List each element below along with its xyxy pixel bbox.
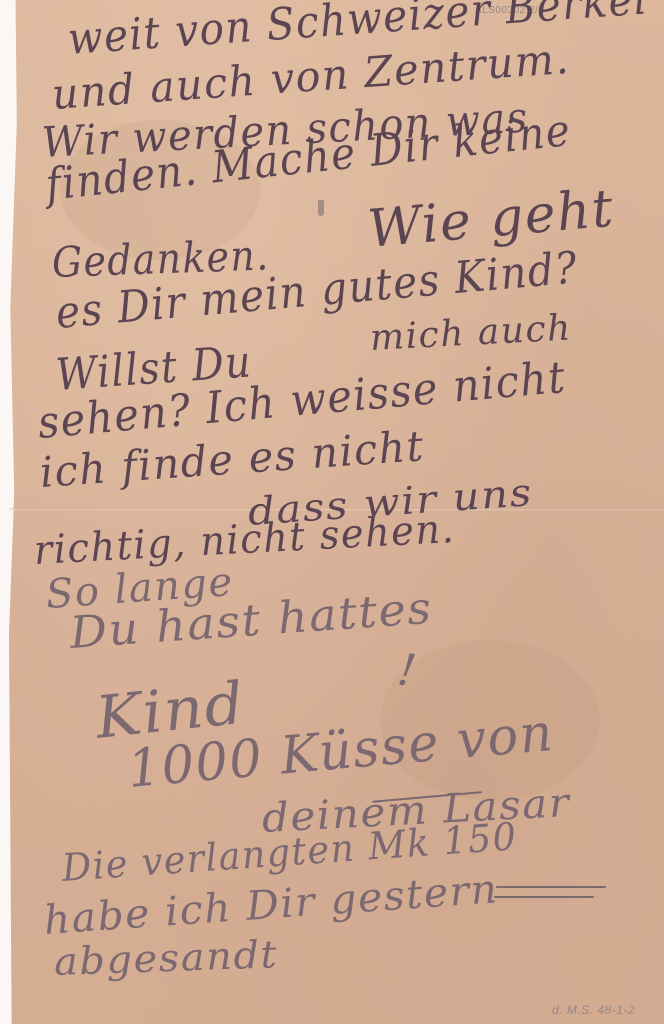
underline-stroke <box>494 896 594 898</box>
underline-stroke <box>496 886 606 888</box>
handwritten-line: abgesandt <box>53 932 279 984</box>
scanned-letter-page: ALS00302 2/2 weit von Schweizer Berkel u… <box>0 0 664 1024</box>
pin-mark <box>318 200 324 216</box>
archive-stamp-bottom: d. M.S. 48-1-2 <box>552 1003 635 1017</box>
